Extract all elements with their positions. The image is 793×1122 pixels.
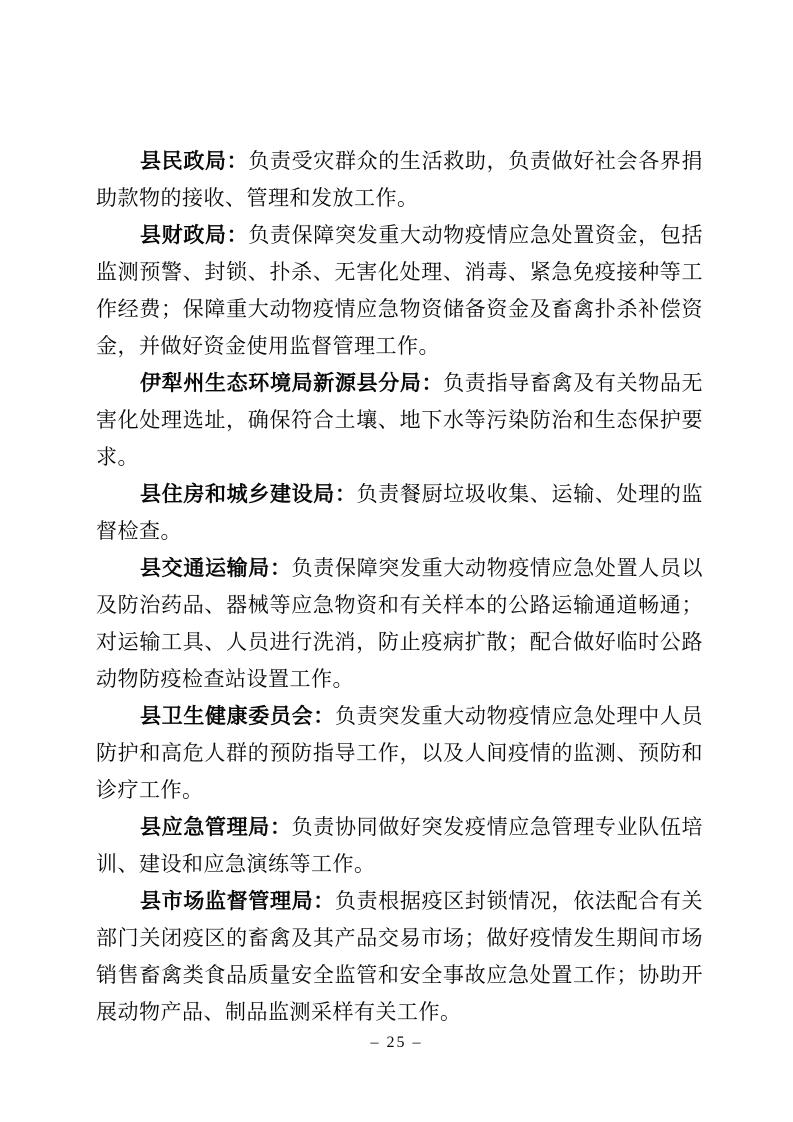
department-name: 伊犁州生态环境局新源县分局： (140, 371, 443, 395)
page-number: – 25 – (0, 1033, 793, 1053)
para-ecology-environment-branch: 伊犁州生态环境局新源县分局：负责指导畜禽及有关物品无害化处理选址，确保符合土壤、… (96, 365, 703, 476)
department-name: 县市场监督管理局： (140, 889, 335, 913)
department-name: 县应急管理局： (140, 815, 292, 839)
para-finance-bureau: 县财政局：负责保障突发重大动物疫情应急处置资金，包括监测预警、封锁、扑杀、无害化… (96, 217, 703, 365)
department-name: 县住房和城乡建设局： (140, 482, 357, 506)
department-name: 县卫生健康委员会： (140, 704, 335, 728)
para-transport-bureau: 县交通运输局：负责保障突发重大动物疫情应急处置人员以及防治药品、器械等应急物资和… (96, 550, 703, 698)
document-body: 县民政局：负责受灾群众的生活救助，负责做好社会各界捐助款物的接收、管理和发放工作… (96, 143, 703, 1031)
para-health-commission: 县卫生健康委员会：负责突发重大动物疫情应急处理中人员防护和高危人群的预防指导工作… (96, 698, 703, 809)
department-name: 县交通运输局： (140, 556, 292, 580)
document-page: 县民政局：负责受灾群众的生活救助，负责做好社会各界捐助款物的接收、管理和发放工作… (0, 0, 793, 1122)
department-name: 县民政局： (140, 149, 248, 173)
para-emergency-management-bureau: 县应急管理局：负责协同做好突发疫情应急管理专业队伍培训、建设和应急演练等工作。 (96, 809, 703, 883)
para-civil-affairs-bureau: 县民政局：负责受灾群众的生活救助，负责做好社会各界捐助款物的接收、管理和发放工作… (96, 143, 703, 217)
department-name: 县财政局： (140, 223, 248, 247)
para-housing-urban-rural-bureau: 县住房和城乡建设局：负责餐厨垃圾收集、运输、处理的监督检查。 (96, 476, 703, 550)
para-market-supervision-bureau: 县市场监督管理局：负责根据疫区封锁情况，依法配合有关部门关闭疫区的畜禽及其产品交… (96, 883, 703, 1031)
